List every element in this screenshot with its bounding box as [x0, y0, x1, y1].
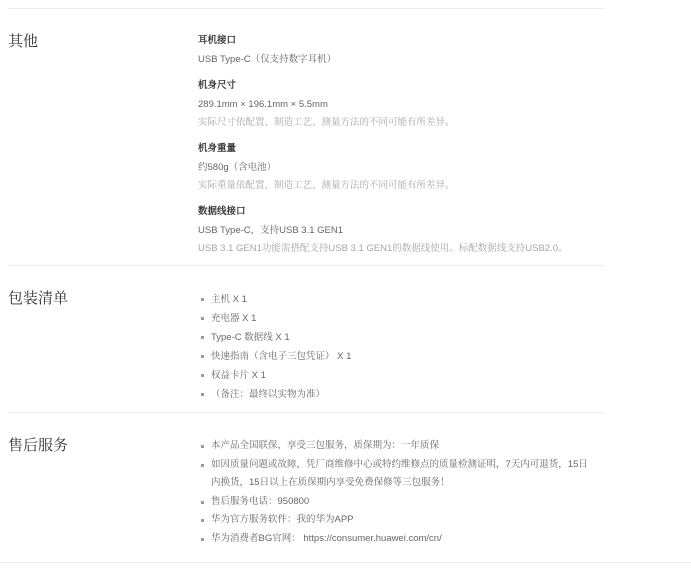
- spec-title: 机身尺寸: [198, 78, 598, 93]
- section-heading-service: 售后服务: [8, 437, 198, 548]
- list-item: 售后服务电话：950800: [198, 493, 593, 512]
- spec-page: 其他 耳机接口 USB Type-C（仅支持数字耳机） 机身尺寸 289.1mm…: [0, 0, 691, 573]
- official-site-link[interactable]: https://consumer.huawei.com/cn/: [303, 533, 441, 544]
- list-item: 快速指南（含电子三包凭证） X 1: [198, 347, 598, 366]
- spec-title: 数据线接口: [198, 204, 598, 219]
- list-item: 华为消费者BG官网： https://consumer.huawei.com/c…: [198, 530, 593, 549]
- spec-block-data-cable-port: 数据线接口 USB Type-C，支持USB 3.1 GEN1 USB 3.1 …: [198, 204, 598, 257]
- top-spacer: [0, 0, 691, 8]
- section-after-sales-service: 售后服务 本产品全国联保，享受三包服务，质保期为：一年质保 如因质量问题或故障，…: [0, 413, 691, 562]
- spec-title: 机身重量: [198, 141, 598, 156]
- official-site-label: 华为消费者BG官网：: [211, 533, 301, 544]
- spec-value: 约580g（含电池）: [198, 160, 598, 176]
- spec-note: 实际尺寸依配置、制造工艺、测量方法的不同可能有所差异。: [198, 115, 598, 131]
- spec-value: USB Type-C，支持USB 3.1 GEN1: [198, 223, 598, 239]
- section-other: 其他 耳机接口 USB Type-C（仅支持数字耳机） 机身尺寸 289.1mm…: [0, 9, 691, 265]
- spec-note: USB 3.1 GEN1功能需搭配支持USB 3.1 GEN1的数据线使用。标配…: [198, 241, 598, 257]
- section-heading-other: 其他: [8, 33, 198, 257]
- packing-list: 主机 X 1 充电器 X 1 Type-C 数据线 X 1 快速指南（含电子三包…: [198, 290, 598, 404]
- spec-value: USB Type-C（仅支持数字耳机）: [198, 52, 598, 68]
- spec-block-dimensions: 机身尺寸 289.1mm × 196.1mm × 5.5mm 实际尺寸依配置、制…: [198, 78, 598, 131]
- list-item: 主机 X 1: [198, 290, 598, 309]
- list-item: 如因质量问题或故障，凭厂商维修中心或特约维修点的质量检测证明，7天内可退货，15…: [198, 456, 593, 493]
- list-item: Type-C 数据线 X 1: [198, 328, 598, 347]
- list-item: （备注：最终以实物为准）: [198, 385, 598, 404]
- spec-note: 实际重量依配置、制造工艺、测量方法的不同可能有所差异。: [198, 178, 598, 194]
- section-packing-list: 包装清单 主机 X 1 充电器 X 1 Type-C 数据线 X 1 快速指南（…: [0, 266, 691, 412]
- spec-block-headphone-jack: 耳机接口 USB Type-C（仅支持数字耳机）: [198, 33, 598, 68]
- list-item: 权益卡片 X 1: [198, 366, 598, 385]
- service-list: 本产品全国联保，享受三包服务，质保期为：一年质保 如因质量问题或故障，凭厂商维修…: [198, 437, 593, 548]
- spec-value: 289.1mm × 196.1mm × 5.5mm: [198, 97, 598, 113]
- list-item: 本产品全国联保，享受三包服务，质保期为：一年质保: [198, 437, 593, 456]
- section-heading-packing: 包装清单: [8, 290, 198, 404]
- section-content-packing: 主机 X 1 充电器 X 1 Type-C 数据线 X 1 快速指南（含电子三包…: [198, 290, 598, 404]
- spec-title: 耳机接口: [198, 33, 598, 48]
- section-content-other: 耳机接口 USB Type-C（仅支持数字耳机） 机身尺寸 289.1mm × …: [198, 33, 598, 257]
- list-item: 充电器 X 1: [198, 309, 598, 328]
- list-item: 华为官方服务软件：我的华为APP: [198, 511, 593, 530]
- section-content-service: 本产品全国联保，享受三包服务，质保期为：一年质保 如因质量问题或故障，凭厂商维修…: [198, 437, 598, 548]
- bottom-divider: [0, 562, 691, 563]
- spec-block-weight: 机身重量 约580g（含电池） 实际重量依配置、制造工艺、测量方法的不同可能有所…: [198, 141, 598, 194]
